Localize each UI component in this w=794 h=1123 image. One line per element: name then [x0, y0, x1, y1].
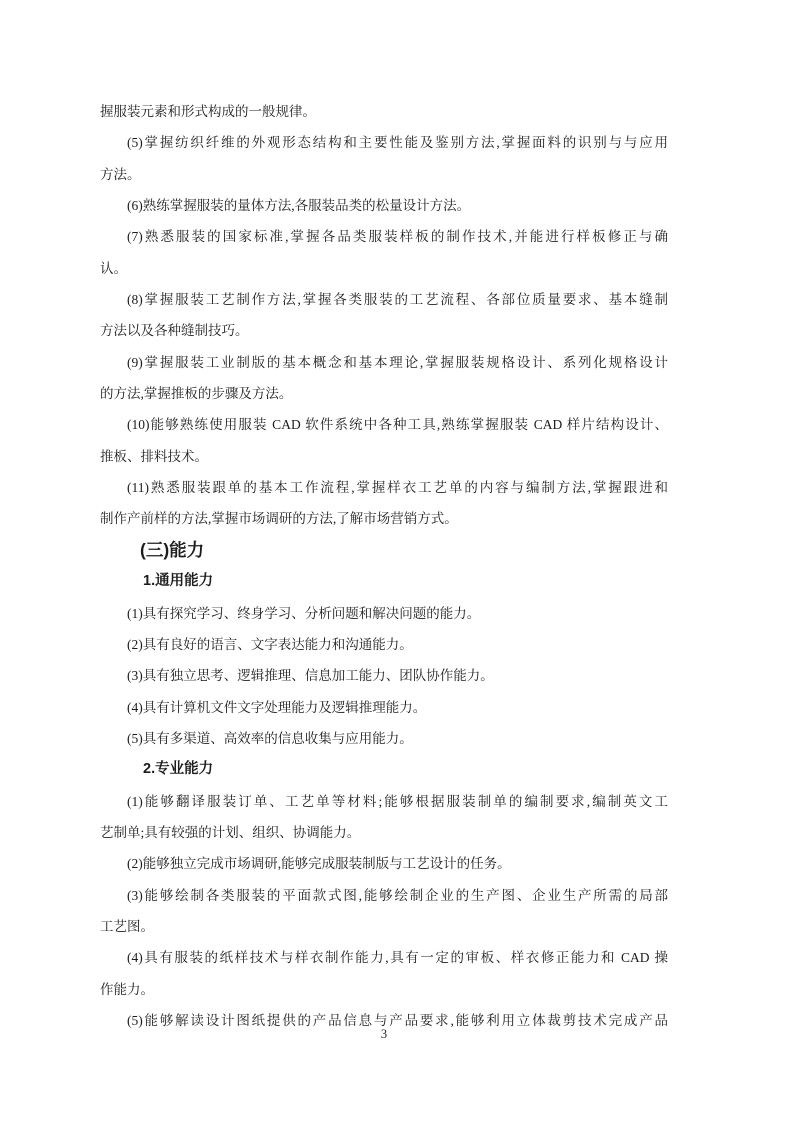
document-lines: 握服装元素和形式构成的一般规律。(5)掌握纺织纤维的外观形态结构和主要性能及鉴别… [100, 96, 668, 1036]
document-line: (1)能够翻译服装订单、工艺单等材料;能够根据服装制单的编制要求,编制英文工 [100, 786, 668, 817]
section-heading: 1.通用能力 [100, 566, 668, 597]
document-line: 握服装元素和形式构成的一般规律。 [100, 96, 668, 127]
document-line: 工艺图。 [100, 911, 668, 942]
document-line: (11)熟悉服装跟单的基本工作流程,掌握样衣工艺单的内容与编制方法,掌握跟进和 [100, 472, 668, 503]
document-line: (4)具有服装的纸样技术与样衣制作能力,具有一定的审板、样衣修正能力和 CAD … [100, 942, 668, 973]
document-line: 的方法,掌握推板的步骤及方法。 [100, 378, 668, 409]
document-line: 艺制单;具有较强的计划、组织、协调能力。 [100, 817, 668, 848]
section-heading: (三)能力 [100, 535, 668, 566]
document-line: (1)具有探究学习、终身学习、分析问题和解决问题的能力。 [100, 598, 668, 629]
document-line: (5)掌握纺织纤维的外观形态结构和主要性能及鉴别方法,掌握面料的识别与与应用 [100, 127, 668, 158]
document-line: (3)能够绘制各类服装的平面款式图,能够绘制企业的生产图、企业生产所需的局部 [100, 880, 668, 911]
document-line: (5)具有多渠道、高效率的信息收集与应用能力。 [100, 723, 668, 754]
document-line: (2)具有良好的语言、文字表达能力和沟通能力。 [100, 629, 668, 660]
document-line: 方法以及各种缝制技巧。 [100, 315, 668, 346]
document-line: 作能力。 [100, 974, 668, 1005]
document-line: (6)熟练掌握服装的量体方法,各服装品类的松量设计方法。 [100, 190, 668, 221]
document-line: (3)具有独立思考、逻辑推理、信息加工能力、团队协作能力。 [100, 660, 668, 691]
document-line: 推板、排料技术。 [100, 441, 668, 472]
document-page: 握服装元素和形式构成的一般规律。(5)掌握纺织纤维的外观形态结构和主要性能及鉴别… [0, 0, 794, 1123]
document-line: 方法。 [100, 159, 668, 190]
document-line: (4)具有计算机文件文字处理能力及逻辑推理能力。 [100, 692, 668, 723]
document-line: (7)熟悉服装的国家标准,掌握各品类服装样板的制作技术,并能进行样板修正与确 [100, 221, 668, 252]
document-line: (9)掌握服装工业制版的基本概念和基本理论,掌握服装规格设计、系列化规格设计 [100, 347, 668, 378]
document-line: 认。 [100, 253, 668, 284]
document-line: (8)掌握服装工艺制作方法,掌握各类服装的工艺流程、各部位质量要求、基本缝制 [100, 284, 668, 315]
page-number: 3 [100, 1024, 668, 1044]
section-heading: 2.专业能力 [100, 754, 668, 785]
document-line: 制作产前样的方法,掌握市场调研的方法,了解市场营销方式。 [100, 503, 668, 534]
document-line: (2)能够独立完成市场调研,能够完成服装制版与工艺设计的任务。 [100, 848, 668, 879]
document-line: (10)能够熟练使用服装 CAD 软件系统中各种工具,熟练掌握服装 CAD 样片… [100, 409, 668, 440]
